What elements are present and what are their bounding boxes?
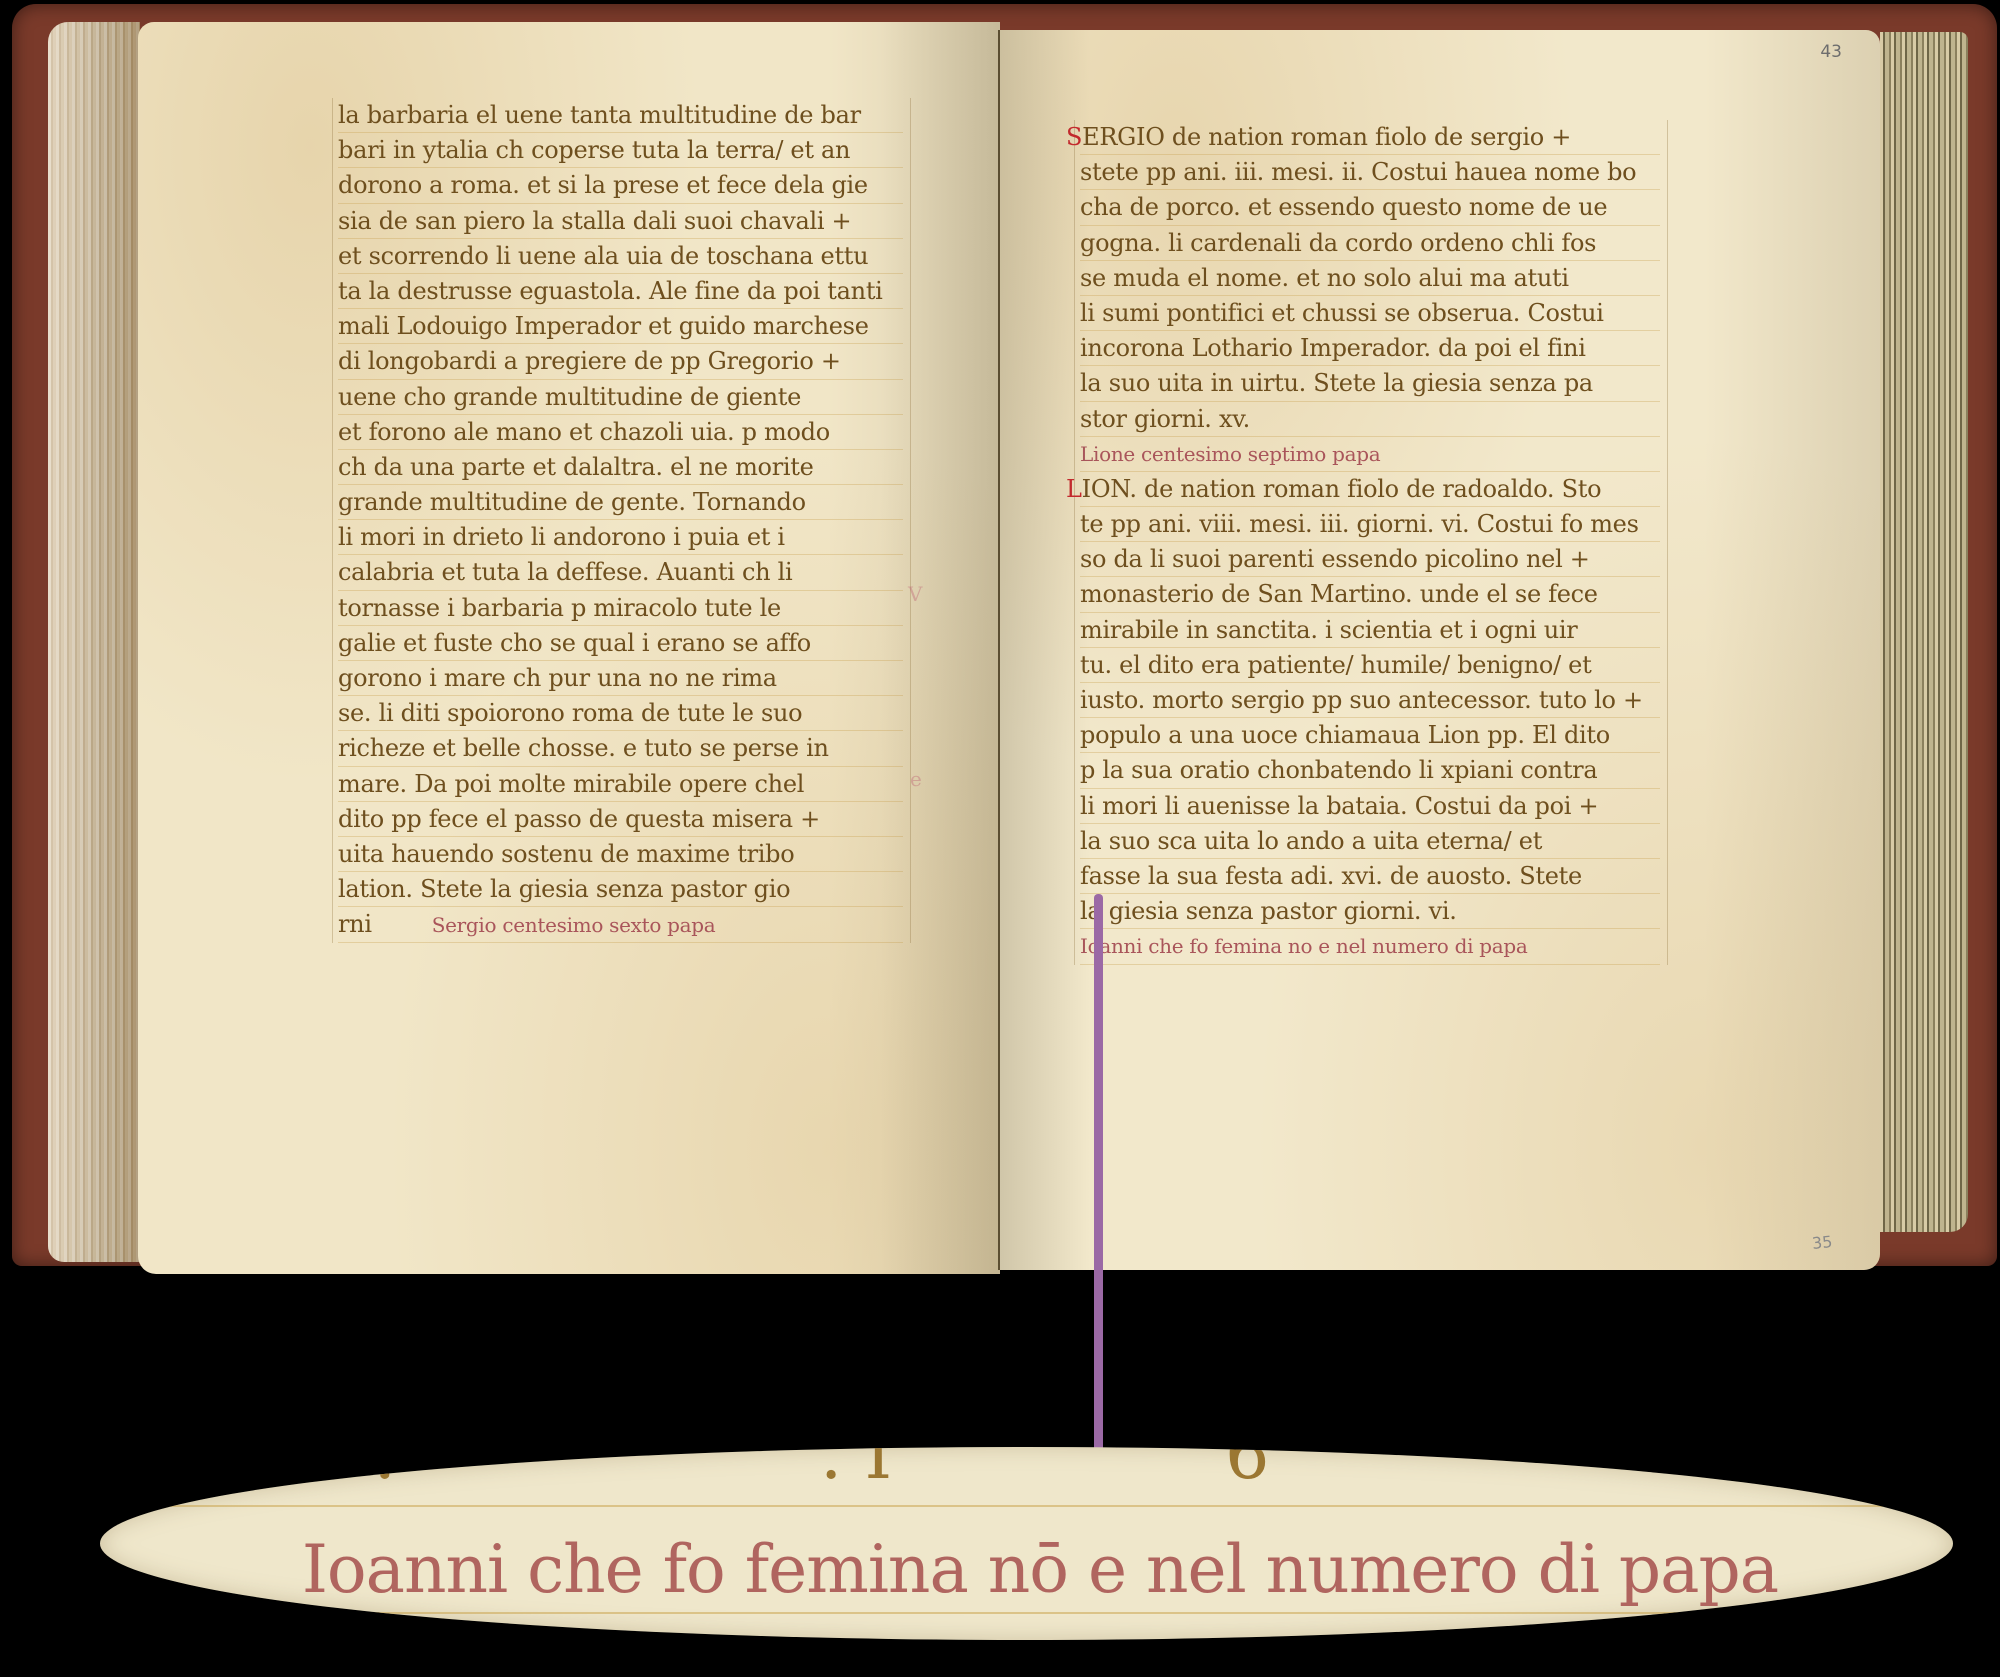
marginal-mark: V bbox=[908, 582, 922, 606]
text-line: grande multitudine de gente. Tornando bbox=[338, 485, 903, 520]
text-line: et scorrendo li uene ala uia de toschana… bbox=[338, 239, 903, 274]
text-line: p la sua oratio chonbatendo li xpiani co… bbox=[1080, 753, 1660, 788]
callout-pointer bbox=[1094, 894, 1103, 1494]
open-manuscript: la barbaria el uene tanta multitudine de… bbox=[0, 0, 2000, 1290]
text-line: la suo uita in uirtu. Stete la giesia se… bbox=[1080, 366, 1660, 401]
ruling-line bbox=[332, 98, 333, 943]
text-line: LION. de nation roman fiolo de radoaldo.… bbox=[1080, 472, 1660, 507]
magnified-detail: e . . I 6 Ioanni che fo femina nō e nel … bbox=[100, 1447, 1953, 1640]
text-line: se. li diti spoiorono roma de tute le su… bbox=[338, 696, 903, 731]
text-line: calabria et tuta la deffese. Auanti ch l… bbox=[338, 555, 903, 590]
text-line: gogna. li cardenali da cordo ordeno chli… bbox=[1080, 226, 1660, 261]
text-line: dorono a roma. et si la prese et fece de… bbox=[338, 168, 903, 203]
text-line: et forono ale mano et chazoli uia. p mod… bbox=[338, 415, 903, 450]
right-text-column: SERGIO de nation roman fiolo de sergio +… bbox=[1080, 120, 1660, 965]
text-line: iusto. morto sergio pp suo antecessor. t… bbox=[1080, 683, 1660, 718]
red-initial: L bbox=[1066, 475, 1082, 503]
text-line: se muda el nome. et no solo alui ma atut… bbox=[1080, 261, 1660, 296]
text-line: stete pp ani. iii. mesi. ii. Costui haue… bbox=[1080, 155, 1660, 190]
text-line: li sumi pontifici et chussi se obserua. … bbox=[1080, 296, 1660, 331]
text-line: ch da una parte et dalaltra. el ne morit… bbox=[338, 450, 903, 485]
text-line: incorona Lothario Imperador. da poi el f… bbox=[1080, 331, 1660, 366]
text-line: richeze et belle chosse. e tuto se perse… bbox=[338, 731, 903, 766]
text-line: fasse la sua festa adi. xvi. de auosto. … bbox=[1080, 859, 1660, 894]
text-line: mirabile in sanctita. i scientia et i og… bbox=[1080, 613, 1660, 648]
text-line: mare. Da poi molte mirabile opere chel bbox=[338, 767, 903, 802]
text-line: so da li suoi parenti essendo picolino n… bbox=[1080, 542, 1660, 577]
text-line: la barbaria el uene tanta multitudine de… bbox=[338, 98, 903, 133]
ghost-letter: 6 bbox=[1225, 1447, 1270, 1495]
folio-number-pencil: 35 bbox=[1811, 1232, 1833, 1253]
text-line: lation. Stete la giesia senza pastor gio bbox=[338, 872, 903, 907]
ghost-letter: e . bbox=[310, 1447, 396, 1495]
text-line: mali Lodouigo Imperador et guido marches… bbox=[338, 309, 903, 344]
text-fragment: ERGIO de nation roman fiolo de sergio + bbox=[1082, 123, 1571, 151]
text-fragment: ION. de nation roman fiolo de radoaldo. … bbox=[1082, 475, 1602, 503]
text-line: uene cho grande multitudine de giente bbox=[338, 380, 903, 415]
text-line: populo a una uoce chiamaua Lion pp. El d… bbox=[1080, 718, 1660, 753]
text-line: ta la destrusse eguastola. Ale fine da p… bbox=[338, 274, 903, 309]
text-line: bari in ytalia ch coperse tuta la terra/… bbox=[338, 133, 903, 168]
text-line: gorono i mare ch pur una no ne rima bbox=[338, 661, 903, 696]
magnified-rubric: Ioanni che fo femina nō e nel numero di … bbox=[160, 1531, 1920, 1608]
page-edges-left bbox=[48, 22, 140, 1262]
text-line: li mori in drieto li andorono i puia et … bbox=[338, 520, 903, 555]
text-fragment: rni bbox=[338, 910, 372, 938]
text-line: galie et fuste cho se qual i erano se af… bbox=[338, 626, 903, 661]
left-page: la barbaria el uene tanta multitudine de… bbox=[138, 22, 1000, 1274]
left-text-column: la barbaria el uene tanta multitudine de… bbox=[338, 98, 903, 943]
text-line: la suo sca uita lo ando a uita eterna/ e… bbox=[1080, 824, 1660, 859]
ruling-line bbox=[1074, 120, 1075, 965]
red-initial: S bbox=[1066, 123, 1082, 151]
rubric-heading-highlighted: Ioanni che fo femina no e nel numero di … bbox=[1080, 929, 1660, 964]
text-line: la giesia senza pastor giorni. vi. bbox=[1080, 894, 1660, 929]
right-page: 43 SERGIO de nation roman fiolo de sergi… bbox=[1000, 30, 1880, 1270]
marginal-mark: e bbox=[910, 767, 922, 791]
rubric-heading: Lione centesimo septimo papa bbox=[1080, 437, 1660, 472]
text-line: tu. el dito era patiente/ humile/ benign… bbox=[1080, 648, 1660, 683]
ruling-line bbox=[1667, 120, 1668, 965]
text-line: dito pp fece el passo de questa misera + bbox=[338, 802, 903, 837]
text-line: cha de porco. et essendo questo nome de … bbox=[1080, 190, 1660, 225]
text-line-with-rubric: rniSergio centesimo sexto papa bbox=[338, 907, 903, 942]
text-line: tornasse i barbaria p miracolo tute le bbox=[338, 591, 903, 626]
text-line: uita hauendo sostenu de maxime tribo bbox=[338, 837, 903, 872]
folio-number: 43 bbox=[1820, 42, 1842, 62]
rubric-heading: Sergio centesimo sexto papa bbox=[432, 913, 716, 937]
text-line: stor giorni. xv. bbox=[1080, 402, 1660, 437]
ghost-letter: . I bbox=[820, 1447, 892, 1495]
text-line: te pp ani. viii. mesi. iii. giorni. vi. … bbox=[1080, 507, 1660, 542]
ruling-line bbox=[910, 98, 911, 943]
text-line: di longobardi a pregiere de pp Gregorio … bbox=[338, 344, 903, 379]
text-line: SERGIO de nation roman fiolo de sergio + bbox=[1080, 120, 1660, 155]
text-line: li mori li auenisse la bataia. Costui da… bbox=[1080, 789, 1660, 824]
page-edges-right bbox=[1880, 32, 1968, 1232]
text-line: sia de san piero la stalla dali suoi cha… bbox=[338, 204, 903, 239]
text-line: monasterio de San Martino. unde el se fe… bbox=[1080, 577, 1660, 612]
